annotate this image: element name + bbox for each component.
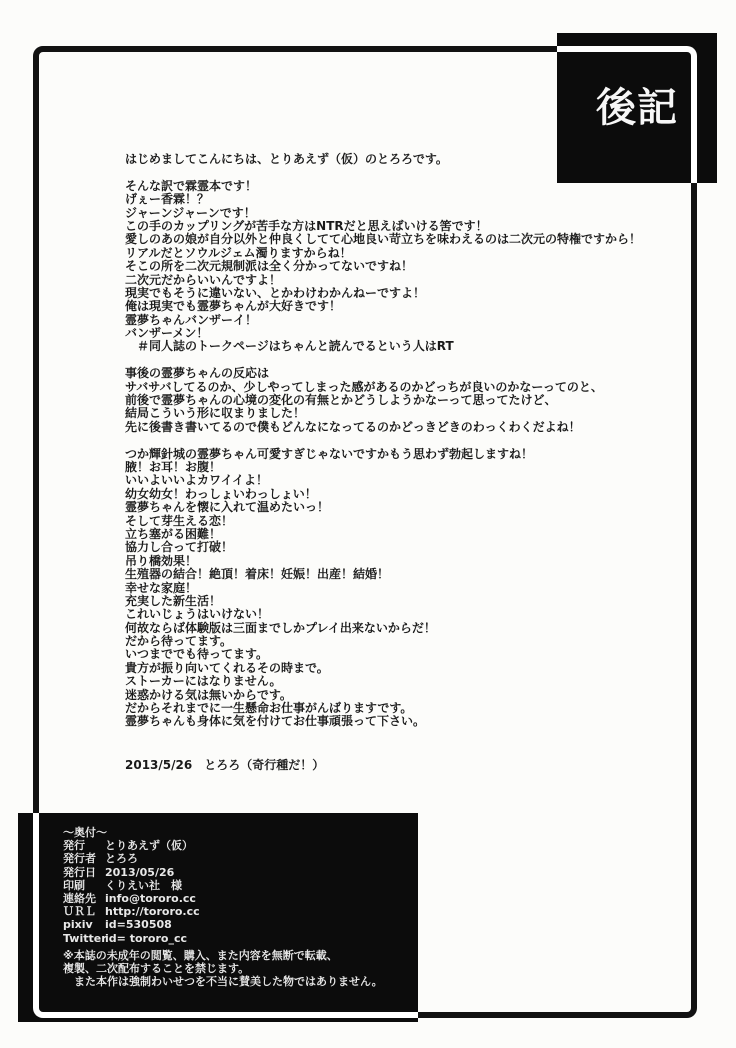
colophon-value: くりえい社 様 — [105, 879, 182, 892]
afterword-line: いいよいいよカワイイよ！ — [125, 474, 685, 487]
afterword-line: 俺は現実でも霊夢ちゃんが大好きです！ — [125, 300, 685, 313]
afterword-line: 霊夢ちゃんも身体に気を付けてお仕事頑張って下さい。 — [125, 715, 685, 728]
afterword-line: 協力し合って打破！ — [125, 541, 685, 554]
colophon-note-line: 複製、二次配布することを禁じます。 — [63, 962, 412, 975]
colophon-value: id=530508 — [105, 918, 172, 931]
colophon-row: 連絡先 info@tororo.cc — [63, 892, 412, 905]
colophon-label: 連絡先 — [63, 892, 105, 905]
colophon-value: http://tororo.cc — [105, 905, 200, 918]
signature-line: 2013/5/26 とろろ（奇行種だ！） — [125, 756, 324, 773]
colophon-label: 発行日 — [63, 866, 105, 879]
colophon-row: 発行 とりあえず（仮） — [63, 839, 412, 852]
afterword-line: これいじょうはいけない！ — [125, 608, 685, 621]
afterword-line: 愛しのあの娘が自分以外と仲良くしてて心地良い苛立ちを味わえるのは二次元の特権です… — [125, 233, 685, 246]
afterword-body: はじめましてこんにちは、とりあえず（仮）のとろろです。そんな訳で霖霊本です！げぇ… — [125, 153, 685, 729]
colophon-note-line: また本作は強制わいせつを不当に賛美した物ではありません。 — [63, 975, 412, 988]
afterword-line: 貴方が振り向いてくれるその時まで。 — [125, 662, 685, 675]
afterword-line: 先に後書き書いてるので僕もどんなになってるのかどっきどきのわっくわくだよね！ — [125, 421, 685, 434]
colophon-label: 発行者 — [63, 852, 105, 865]
colophon-label: Twitter — [63, 932, 105, 945]
colophon-notes: ※本誌の未成年の閲覧、購入、また内容を無断で転載、複製、二次配布することを禁じま… — [63, 949, 412, 989]
afterword-line: 生殖器の結合！絶頂！着床！妊娠！出産！結婚！ — [125, 568, 685, 581]
afterword-line: 二次元だからいいんですよ！ — [125, 274, 685, 287]
afterword-line: はじめましてこんにちは、とりあえず（仮）のとろろです。 — [125, 153, 685, 166]
colophon-row: Twitter id= tororo_cc — [63, 932, 412, 945]
afterword-line: 充実した新生活！ — [125, 595, 685, 608]
colophon-value: id= tororo_cc — [105, 932, 187, 945]
afterword-page: 後記 はじめましてこんにちは、とりあえず（仮）のとろろです。そんな訳で霖霊本です… — [0, 0, 736, 1048]
afterword-line: 事後の霊夢ちゃんの反応は — [125, 367, 685, 380]
colophon-row: 発行日 2013/05/26 — [63, 866, 412, 879]
colophon-row: 発行者 とろろ — [63, 852, 412, 865]
colophon-value: とろろ — [105, 852, 138, 865]
colophon-note-line: ※本誌の未成年の閲覧、購入、また内容を無断で転載、 — [63, 949, 412, 962]
colophon-value: 2013/05/26 — [105, 866, 174, 879]
afterword-line: 霊夢ちゃんバンザーイ！ — [125, 314, 685, 327]
afterword-line: そんな訳で霖霊本です！ — [125, 180, 685, 193]
afterword-line: ストーカーにはなりません。 — [125, 675, 685, 688]
afterword-line: つか輝針城の霊夢ちゃん可愛すぎじゃないですかもう思わず勃起しますね！ — [125, 448, 685, 461]
colophon-value: とりあえず（仮） — [105, 839, 193, 852]
colophon-row: pixiv id=530508 — [63, 918, 412, 931]
afterword-line: そこの所を二次元規制派は全く分かってないですね！ — [125, 260, 685, 273]
afterword-line: いつまででも待ってます。 — [125, 648, 685, 661]
colophon-content: 〜奥付〜 発行 とりあえず（仮） 発行者 とろろ 発行日 2013/05/26 … — [63, 826, 412, 988]
afterword-line: 腋！お耳！お腹！ — [125, 461, 685, 474]
afterword-line: ジャーンジャーンです！ — [125, 207, 685, 220]
colophon-label: 発行 — [63, 839, 105, 852]
colophon-label: 印刷 — [63, 879, 105, 892]
colophon-label: pixiv — [63, 918, 105, 931]
colophon-rows: 発行 とりあえず（仮） 発行者 とろろ 発行日 2013/05/26 印刷 くり… — [63, 839, 412, 945]
page-title: 後記 — [596, 76, 678, 133]
afterword-line: 結局こういう形に収まりました！ — [125, 407, 685, 420]
afterword-line: 霊夢ちゃんを懐に入れて温めたいっ！ — [125, 501, 685, 514]
afterword-line: 幸せな家庭！ — [125, 582, 685, 595]
colophon-row: 印刷 くりえい社 様 — [63, 879, 412, 892]
afterword-line: 迷惑かける気は無いからです。 — [125, 689, 685, 702]
colophon-value: info@tororo.cc — [105, 892, 196, 905]
colophon-row: ＵＲＬ http://tororo.cc — [63, 905, 412, 918]
afterword-line: そして芽生える恋！ — [125, 515, 685, 528]
afterword-line — [125, 166, 685, 179]
colophon-label: ＵＲＬ — [63, 905, 105, 918]
colophon-box: 〜奥付〜 発行 とりあえず（仮） 発行者 とろろ 発行日 2013/05/26 … — [18, 813, 418, 1022]
afterword-line: ＃同人誌のトークページはちゃんと読んでるという人はRT — [125, 340, 685, 353]
afterword-line — [125, 434, 685, 447]
afterword-line: げぇー香霖！？ — [125, 193, 685, 206]
colophon-heading: 〜奥付〜 — [63, 826, 412, 839]
